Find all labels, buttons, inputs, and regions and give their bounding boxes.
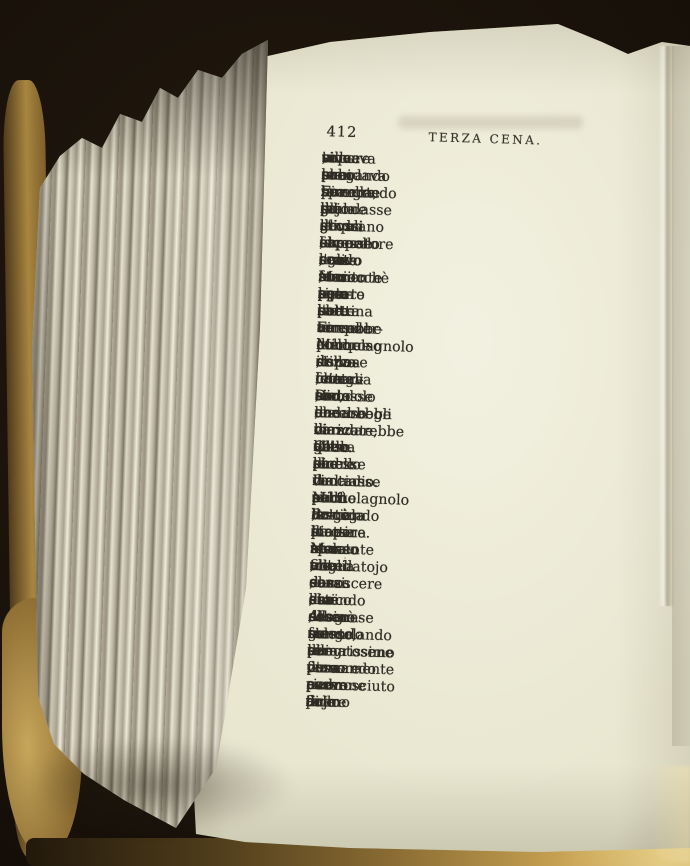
book-photograph: 412 TERZA CENA. sapere,comeinvillasitrov… <box>0 0 690 866</box>
page-text: sapere,comeinvillasitrovavavivoesano,ele… <box>305 150 647 720</box>
gilded-edge-highlight <box>650 766 690 862</box>
page-stack-shadow <box>40 730 300 840</box>
running-title: TERZA CENA. <box>322 127 648 151</box>
page-text-block: 412 TERZA CENA. sapere,comeinvillasitrov… <box>305 121 648 720</box>
page-gutter-shadow <box>672 46 690 746</box>
